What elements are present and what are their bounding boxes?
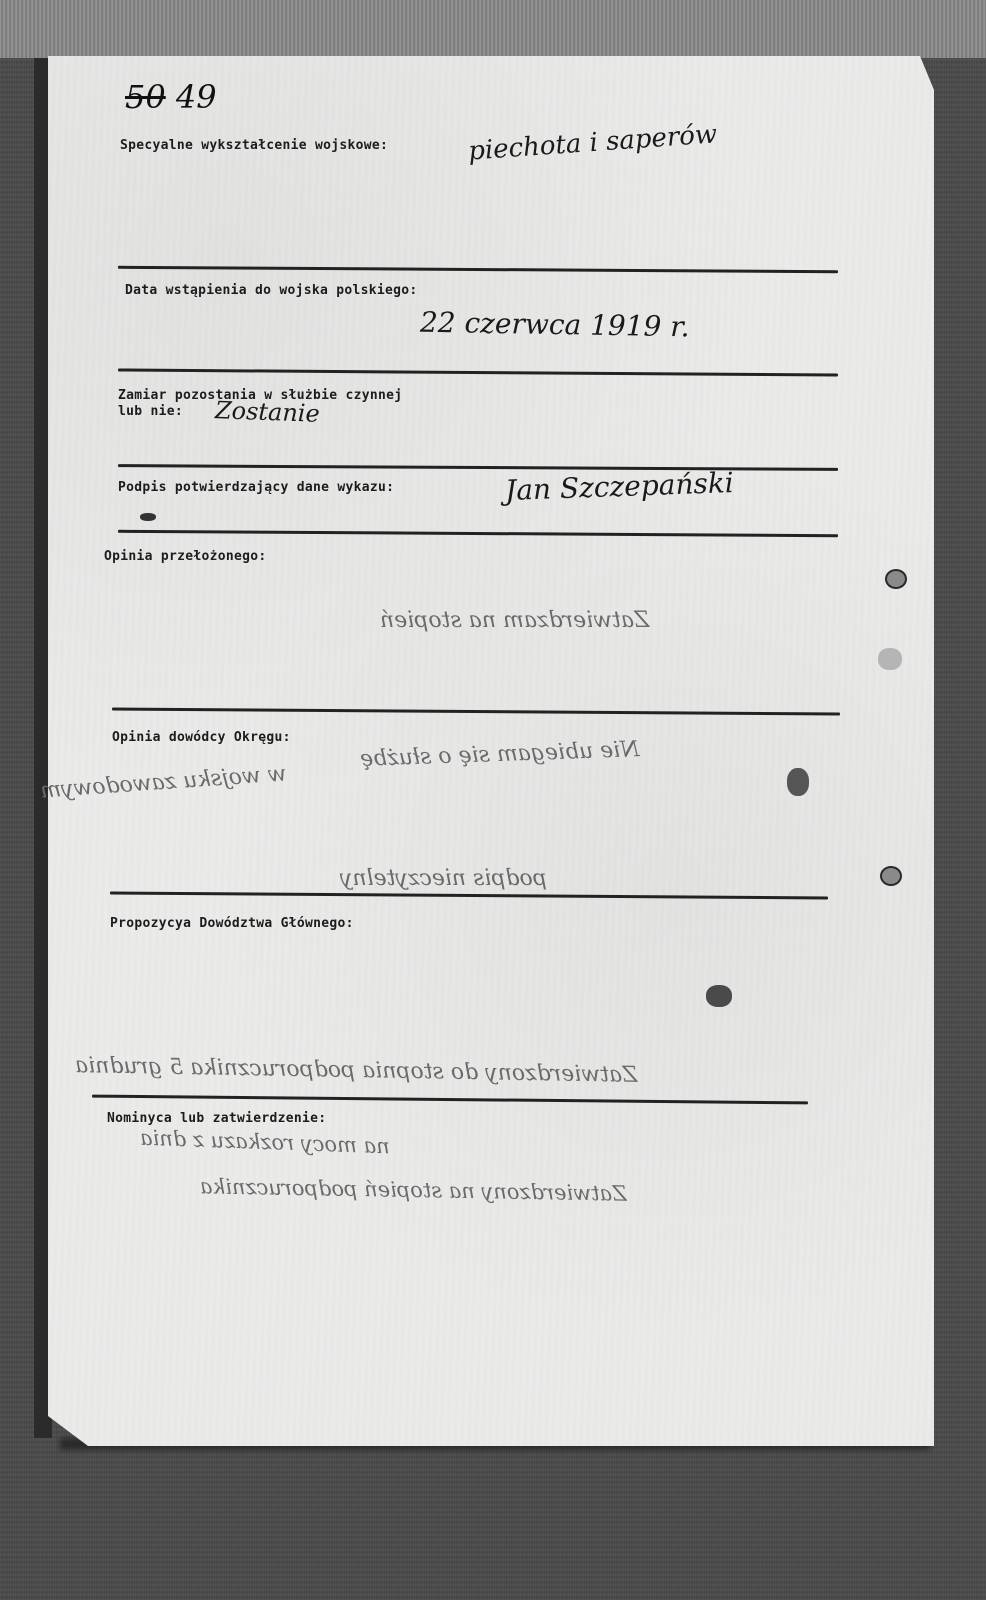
field-value-enlistment-date: 22 czerwca 1919 r. — [420, 306, 690, 344]
ink-blot — [787, 768, 809, 796]
field-label-service-intent-line2: lub nie: — [118, 404, 183, 419]
field-label-district-commander-opinion: Opinia dowódcy Okręgu: — [112, 730, 291, 745]
punch-hole — [880, 866, 902, 886]
punch-hole — [885, 569, 907, 589]
archive-number: 50 49 — [125, 78, 217, 116]
ink-blot — [706, 985, 732, 1007]
ink-blot — [140, 513, 156, 521]
field-label-enlistment-date: Data wstąpienia do wojska polskiego: — [125, 283, 418, 298]
field-label-main-command-proposal: Propozycya Dowództwa Głównego: — [110, 916, 354, 931]
archive-number-struck: 50 — [125, 78, 166, 116]
bleed-through-district-opinion-3: podpis nieczytelny — [340, 866, 547, 891]
field-label-superior-opinion: Opinia przełożonego: — [104, 549, 267, 564]
field-label-signature: Podpis potwierdzający dane wykazu: — [118, 480, 394, 495]
field-value-service-intent: Zostanie — [215, 396, 321, 428]
stain — [878, 648, 902, 670]
field-label-special-education: Specyalne wykształcenie wojskowe: — [120, 138, 388, 153]
archive-number-current: 49 — [176, 78, 217, 116]
bleed-through-superior-opinion: Zatwierdzam na stopień — [380, 608, 649, 633]
scan-background-top — [0, 0, 986, 58]
field-label-nomination: Nominyca lub zatwierdzenie: — [107, 1111, 326, 1126]
